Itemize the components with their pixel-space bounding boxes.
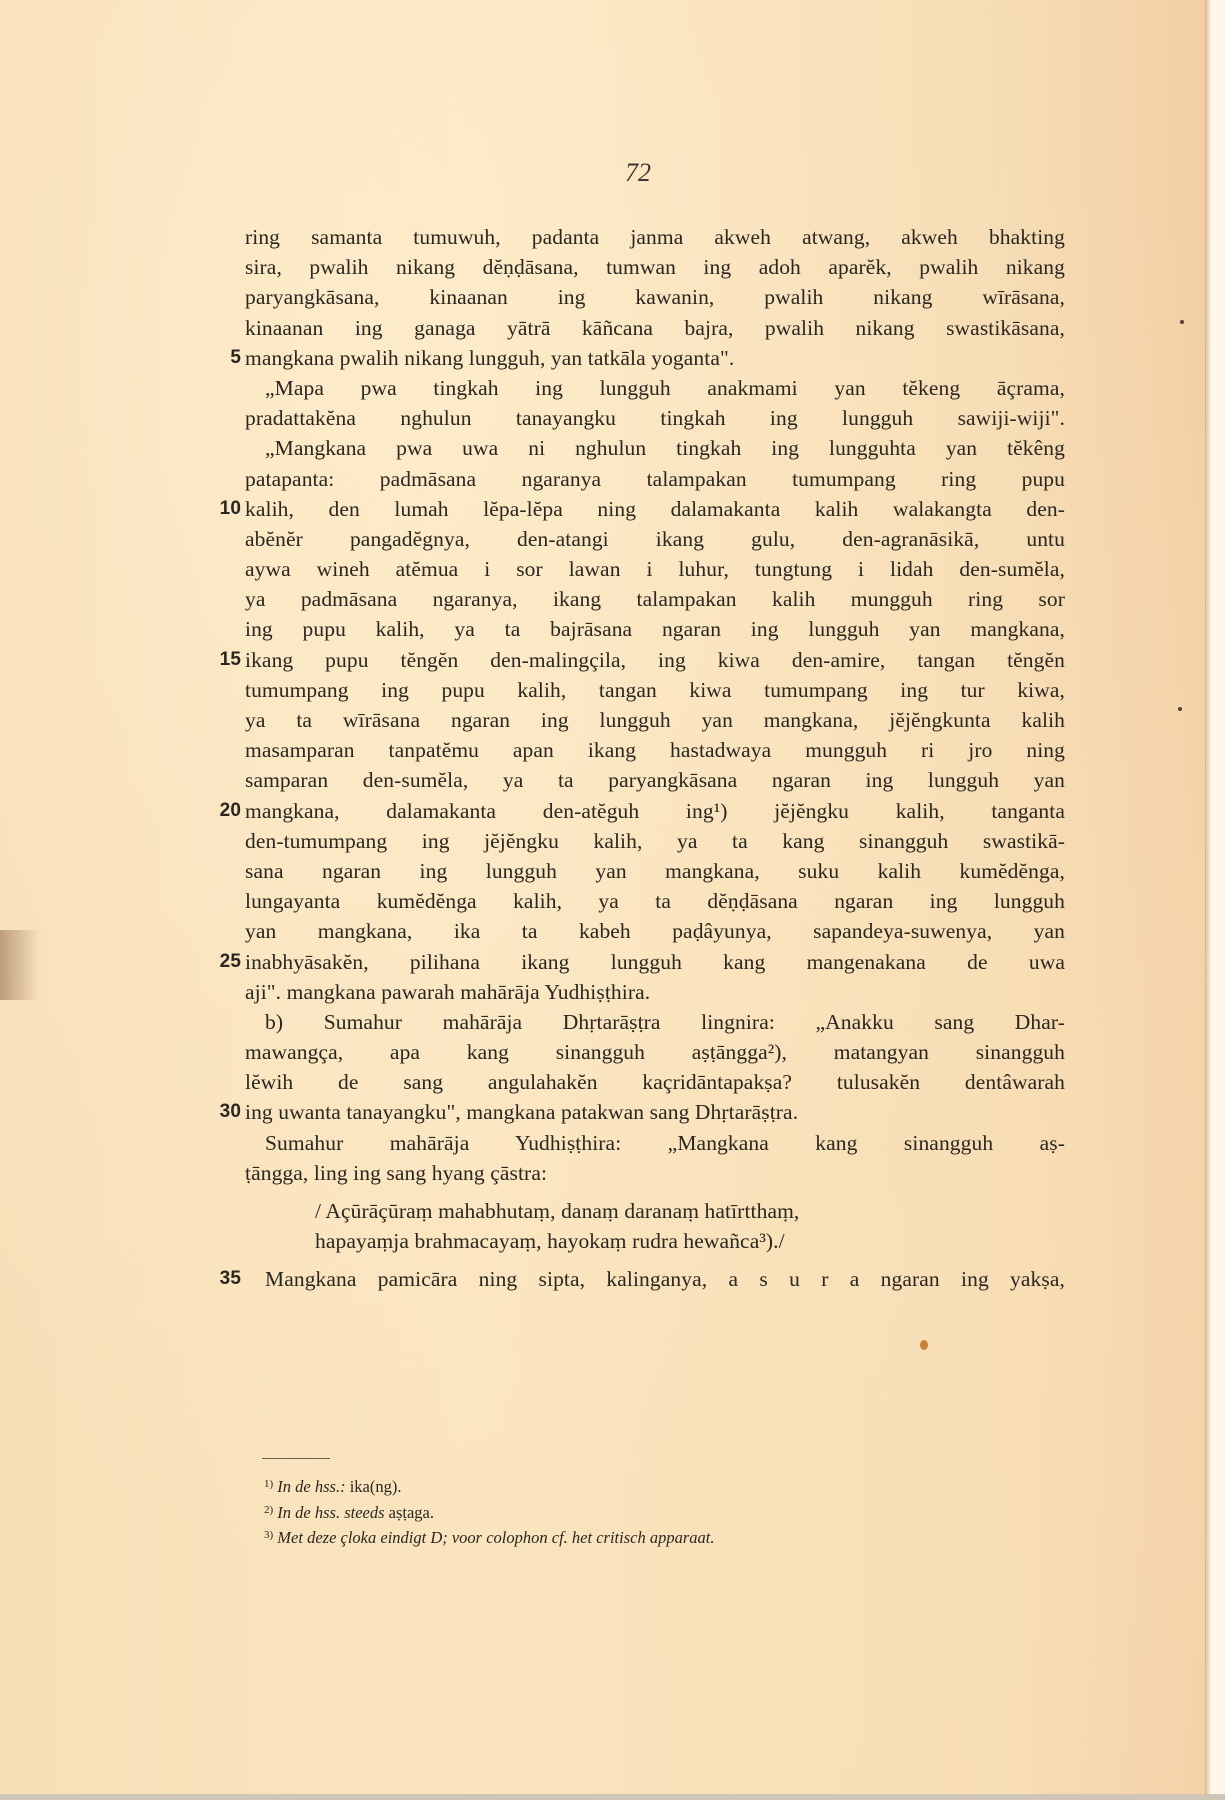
text-line-22: sana ngaran ing lungguh yan mangkana, su… bbox=[245, 856, 1065, 886]
verse-line-2: hapayaṃja brahmacayaṃ, hayokaṃ rudra hew… bbox=[245, 1226, 1065, 1256]
paper-speck bbox=[1180, 320, 1184, 324]
page-number: 72 bbox=[625, 158, 651, 188]
footnote-2: 2) In de hss. steeds aṣṭaga. bbox=[264, 1499, 1024, 1525]
scanned-page: 72 ring samanta tumuwuh, padanta janma a… bbox=[0, 0, 1206, 1795]
text-line-30: 30ing uwanta tanayangku", mangkana patak… bbox=[245, 1097, 1065, 1127]
text-line-27: b) Sumahur mahārāja Dhṛtarāṣṭra lingnira… bbox=[245, 1007, 1065, 1037]
line-number: 5 bbox=[209, 343, 241, 373]
footnote-divider bbox=[262, 1458, 330, 1459]
verse-line-1: / Açūrāçūraṃ mahabhutaṃ, danaṃ daranaṃ h… bbox=[245, 1196, 1065, 1226]
paper-stain bbox=[920, 1340, 928, 1350]
text-line-4: kinaanan ing ganaga yātrā kāñcana bajra,… bbox=[245, 313, 1065, 343]
text-line-13: ya padmāsana ngaranya, ikang talampakan … bbox=[245, 584, 1065, 614]
footnote-italic: Met deze çloka eindigt D; voor colophon … bbox=[277, 1528, 714, 1547]
text-line-8: „Mangkana pwa uwa ni nghulun tingkah ing… bbox=[245, 433, 1065, 463]
text-line-3: paryangkāsana, kinaanan ing kawanin, pwa… bbox=[245, 282, 1065, 312]
line-number: 25 bbox=[209, 947, 241, 977]
text-line-2: sira, pwalih nikang dĕṇḍāsana, tumwan in… bbox=[245, 252, 1065, 282]
text-line-7: pradattakĕna nghulun tanayangku tingkah … bbox=[245, 403, 1065, 433]
footnotes: 1) In de hss.: ika(ng). 2) In de hss. st… bbox=[264, 1473, 1024, 1550]
footnote-text: aṣṭaga. bbox=[385, 1503, 434, 1522]
text-line-14: ing pupu kalih, ya ta bajrāsana ngaran i… bbox=[245, 614, 1065, 644]
text-line-29: lĕwih de sang angulahakĕn kaçridāntapakṣ… bbox=[245, 1067, 1065, 1097]
page-bottom-edge bbox=[0, 1794, 1225, 1800]
page-edge-shadow bbox=[0, 930, 40, 1000]
text-line-6: „Mapa pwa tingkah ing lungguh anakmami y… bbox=[245, 373, 1065, 403]
text-line-26: aji". mangkana pawarah mahārāja Yudhiṣṭh… bbox=[245, 977, 1065, 1007]
text-line-23: lungayanta kumĕdĕnga kalih, ya ta dĕṇḍās… bbox=[245, 886, 1065, 916]
line-number: 15 bbox=[209, 645, 241, 675]
text-line-15: 15ikang pupu tĕngĕn den-malingçila, ing … bbox=[245, 645, 1065, 675]
footnote-1: 1) In de hss.: ika(ng). bbox=[264, 1473, 1024, 1499]
footnote-italic: In de hss. steeds bbox=[277, 1503, 384, 1522]
text-line-25: 25inabhyāsakĕn, pilihana ikang lungguh k… bbox=[245, 947, 1065, 977]
text-line-35: 35Mangkana pamicāra ning sipta, kalingan… bbox=[245, 1264, 1065, 1294]
footnote-italic: In de hss.: bbox=[277, 1477, 345, 1496]
line-number: 20 bbox=[209, 796, 241, 826]
text-line-12: aywa wineh atĕmua i sor lawan i luhur, t… bbox=[245, 554, 1065, 584]
line-number: 10 bbox=[209, 494, 241, 524]
text-line-32: ṭāngga, ling ing sang hyang çāstra: bbox=[245, 1158, 1065, 1188]
text-line-10: 10kalih, den lumah lĕpa-lĕpa ning dalama… bbox=[245, 494, 1065, 524]
page-right-edge bbox=[1205, 0, 1225, 1800]
text-line-5: 5mangkana pwalih nikang lungguh, yan tat… bbox=[245, 343, 1065, 373]
text-line-18: masamparan tanpatĕmu apan ikang hastadwa… bbox=[245, 735, 1065, 765]
paper-speck bbox=[1178, 707, 1182, 711]
footnote-mark: 3) bbox=[264, 1529, 273, 1541]
text-line-17: ya ta wīrāsana ngaran ing lungguh yan ma… bbox=[245, 705, 1065, 735]
text-line-11: abĕnĕr pangadĕgnya, den-atangi ikang gul… bbox=[245, 524, 1065, 554]
text-line-1: ring samanta tumuwuh, padanta janma akwe… bbox=[245, 222, 1065, 252]
text-line-9: patapanta: padmāsana ngaranya talampakan… bbox=[245, 464, 1065, 494]
footnote-mark: 2) bbox=[264, 1504, 273, 1516]
line-number: 35 bbox=[209, 1264, 241, 1294]
text-line-24: yan mangkana, ika ta kabeh paḍâyunya, sa… bbox=[245, 916, 1065, 946]
text-line-28: mawangça, apa kang sinangguh aṣṭāngga²),… bbox=[245, 1037, 1065, 1067]
text-line-31: Sumahur mahārāja Yudhiṣṭhira: „Mangkana … bbox=[245, 1128, 1065, 1158]
text-line-16: tumumpang ing pupu kalih, tangan kiwa tu… bbox=[245, 675, 1065, 705]
main-text-block: ring samanta tumuwuh, padanta janma akwe… bbox=[245, 222, 1065, 1295]
text-line-21: den-tumumpang ing jĕjĕngku kalih, ya ta … bbox=[245, 826, 1065, 856]
line-number: 30 bbox=[209, 1097, 241, 1127]
footnote-mark: 1) bbox=[264, 1478, 273, 1490]
footnote-3: 3) Met deze çloka eindigt D; voor coloph… bbox=[264, 1524, 1024, 1550]
text-line-20: 20mangkana, dalamakanta den-atĕguh ing¹)… bbox=[245, 796, 1065, 826]
footnote-text: ika(ng). bbox=[346, 1477, 402, 1496]
text-line-19: samparan den-sumĕla, ya ta paryangkāsana… bbox=[245, 765, 1065, 795]
